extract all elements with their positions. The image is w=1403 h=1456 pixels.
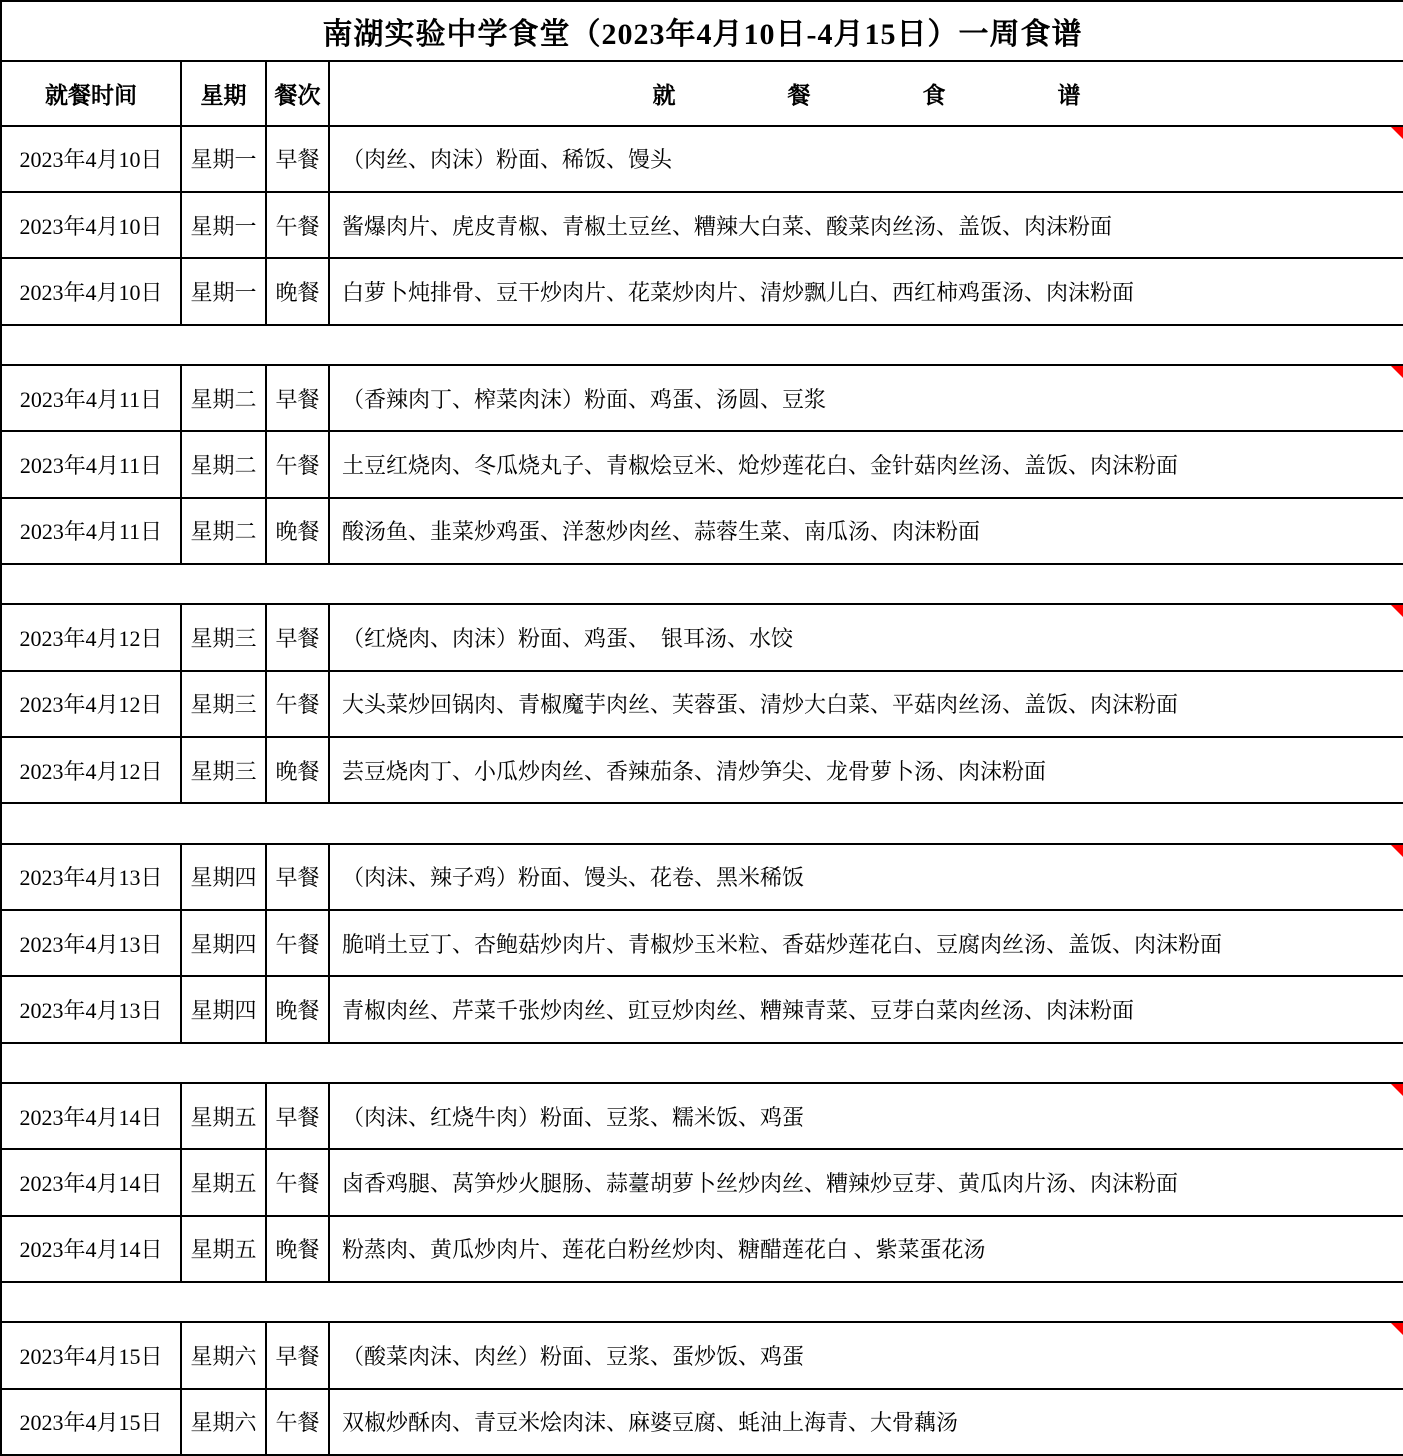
weekday-cell: 星期二	[181, 365, 266, 431]
meal-cell: 午餐	[266, 671, 329, 737]
date-cell: 2023年4月13日	[1, 910, 181, 976]
table-row-wed-dinner: 2023年4月12日 星期三 晚餐 芸豆烧肉丁、小瓜炒肉丝、香辣茄条、清炒笋尖、…	[1, 737, 1403, 803]
spacer-row	[1, 1282, 1403, 1322]
header-menu-char: 食	[923, 77, 946, 110]
meal-cell: 午餐	[266, 431, 329, 497]
spacer-row	[1, 564, 1403, 604]
table-row-fri-breakfast: 2023年4月14日 星期五 早餐 （肉沫、红烧牛肉）粉面、豆浆、糯米饭、鸡蛋	[1, 1083, 1403, 1149]
menu-text: （香辣肉丁、榨菜肉沫）粉面、鸡蛋、汤圆、豆浆	[342, 387, 826, 412]
date-cell: 2023年4月14日	[1, 1216, 181, 1282]
menu-cell: （肉沫、红烧牛肉）粉面、豆浆、糯米饭、鸡蛋	[329, 1083, 1403, 1149]
menu-text: （肉沫、辣子鸡）粉面、馒头、花卷、黑米稀饭	[342, 865, 804, 890]
comment-marker-icon	[1391, 366, 1403, 378]
date-cell: 2023年4月12日	[1, 604, 181, 670]
menu-text: （酸菜肉沫、肉丝）粉面、豆浆、蛋炒饭、鸡蛋	[342, 1344, 804, 1369]
menu-cell: 芸豆烧肉丁、小瓜炒肉丝、香辣茄条、清炒笋尖、龙骨萝卜汤、肉沫粉面	[329, 737, 1403, 803]
table-row-tue-breakfast: 2023年4月11日 星期二 早餐 （香辣肉丁、榨菜肉沫）粉面、鸡蛋、汤圆、豆浆	[1, 365, 1403, 431]
menu-text: 芸豆烧肉丁、小瓜炒肉丝、香辣茄条、清炒笋尖、龙骨萝卜汤、肉沫粉面	[342, 759, 1046, 784]
date-cell: 2023年4月10日	[1, 192, 181, 258]
weekday-cell: 星期五	[181, 1083, 266, 1149]
weekday-cell: 星期六	[181, 1389, 266, 1455]
weekday-cell: 星期二	[181, 431, 266, 497]
date-cell: 2023年4月12日	[1, 737, 181, 803]
header-meal: 餐次	[266, 61, 329, 125]
table-row-wed-lunch: 2023年4月12日 星期三 午餐 大头菜炒回锅肉、青椒魔芋肉丝、芙蓉蛋、清炒大…	[1, 671, 1403, 737]
meal-cell: 晚餐	[266, 498, 329, 564]
comment-marker-icon	[1391, 605, 1403, 617]
header-dining-time: 就餐时间	[1, 61, 181, 125]
weekday-cell: 星期一	[181, 258, 266, 324]
spacer-cell	[1, 325, 1403, 365]
meal-cell: 午餐	[266, 910, 329, 976]
date-cell: 2023年4月15日	[1, 1389, 181, 1455]
menu-text: （肉沫、红烧牛肉）粉面、豆浆、糯米饭、鸡蛋	[342, 1105, 804, 1130]
date-cell: 2023年4月14日	[1, 1083, 181, 1149]
menu-cell: 粉蒸肉、黄瓜炒肉片、莲花白粉丝炒肉、糖醋莲花白 、紫菜蛋花汤	[329, 1216, 1403, 1282]
menu-cell: 土豆红烧肉、冬瓜烧丸子、青椒烩豆米、炝炒莲花白、金针菇肉丝汤、盖饭、肉沫粉面	[329, 431, 1403, 497]
meal-cell: 晚餐	[266, 976, 329, 1042]
menu-text: 白萝卜炖排骨、豆干炒肉片、花菜炒肉片、清炒飘儿白、西红柿鸡蛋汤、肉沫粉面	[342, 280, 1134, 305]
date-cell: 2023年4月11日	[1, 498, 181, 564]
menu-text: 土豆红烧肉、冬瓜烧丸子、青椒烩豆米、炝炒莲花白、金针菇肉丝汤、盖饭、肉沫粉面	[342, 453, 1178, 478]
table-row-thu-breakfast: 2023年4月13日 星期四 早餐 （肉沫、辣子鸡）粉面、馒头、花卷、黑米稀饭	[1, 844, 1403, 910]
menu-cell: （肉丝、肉沫）粉面、稀饭、馒头	[329, 126, 1403, 192]
header-menu-char: 谱	[1058, 77, 1081, 110]
spacer-row	[1, 803, 1403, 843]
table-row-tue-dinner: 2023年4月11日 星期二 晚餐 酸汤鱼、韭菜炒鸡蛋、洋葱炒肉丝、蒜蓉生菜、南…	[1, 498, 1403, 564]
meal-cell: 晚餐	[266, 1216, 329, 1282]
weekday-cell: 星期四	[181, 844, 266, 910]
menu-text: 青椒肉丝、芹菜千张炒肉丝、豇豆炒肉丝、糟辣青菜、豆芽白菜肉丝汤、肉沫粉面	[342, 998, 1134, 1023]
spacer-row	[1, 1043, 1403, 1083]
meal-cell: 早餐	[266, 126, 329, 192]
weekly-menu-table: 南湖实验中学食堂（2023年4月10日-4月15日）一周食谱 就餐时间 星期 餐…	[0, 0, 1403, 1456]
menu-cell: 大头菜炒回锅肉、青椒魔芋肉丝、芙蓉蛋、清炒大白菜、平菇肉丝汤、盖饭、肉沫粉面	[329, 671, 1403, 737]
date-cell: 2023年4月14日	[1, 1149, 181, 1215]
spacer-cell	[1, 564, 1403, 604]
menu-cell: 白萝卜炖排骨、豆干炒肉片、花菜炒肉片、清炒飘儿白、西红柿鸡蛋汤、肉沫粉面	[329, 258, 1403, 324]
header-menu-distributed: 就 餐 食 谱	[330, 77, 1403, 110]
date-cell: 2023年4月13日	[1, 976, 181, 1042]
spacer-cell	[1, 1043, 1403, 1083]
meal-cell: 晚餐	[266, 258, 329, 324]
date-cell: 2023年4月10日	[1, 126, 181, 192]
menu-cell: 酱爆肉片、虎皮青椒、青椒土豆丝、糟辣大白菜、酸菜肉丝汤、盖饭、肉沫粉面	[329, 192, 1403, 258]
weekday-cell: 星期三	[181, 671, 266, 737]
comment-marker-icon	[1391, 1323, 1403, 1335]
header-menu: 就 餐 食 谱	[329, 61, 1403, 125]
date-cell: 2023年4月10日	[1, 258, 181, 324]
weekday-cell: 星期一	[181, 126, 266, 192]
header-menu-char: 就	[653, 77, 676, 110]
menu-text: （红烧肉、肉沫）粉面、鸡蛋、 银耳汤、水饺	[342, 626, 793, 651]
meal-cell: 早餐	[266, 604, 329, 670]
menu-text: 粉蒸肉、黄瓜炒肉片、莲花白粉丝炒肉、糖醋莲花白 、紫菜蛋花汤	[342, 1237, 986, 1262]
weekday-cell: 星期二	[181, 498, 266, 564]
meal-cell: 早餐	[266, 844, 329, 910]
table-row-mon-lunch: 2023年4月10日 星期一 午餐 酱爆肉片、虎皮青椒、青椒土豆丝、糟辣大白菜、…	[1, 192, 1403, 258]
menu-text: 脆哨土豆丁、杏鲍菇炒肉片、青椒炒玉米粒、香菇炒莲花白、豆腐肉丝汤、盖饭、肉沫粉面	[342, 932, 1222, 957]
menu-text: 双椒炒酥肉、青豆米烩肉沫、麻婆豆腐、蚝油上海青、大骨藕汤	[342, 1410, 958, 1435]
menu-text: 酸汤鱼、韭菜炒鸡蛋、洋葱炒肉丝、蒜蓉生菜、南瓜汤、肉沫粉面	[342, 519, 980, 544]
menu-cell: （红烧肉、肉沫）粉面、鸡蛋、 银耳汤、水饺	[329, 604, 1403, 670]
menu-cell: （酸菜肉沫、肉丝）粉面、豆浆、蛋炒饭、鸡蛋	[329, 1322, 1403, 1388]
table-row-fri-lunch: 2023年4月14日 星期五 午餐 卤香鸡腿、莴笋炒火腿肠、蒜薹胡萝卜丝炒肉丝、…	[1, 1149, 1403, 1215]
weekday-cell: 星期一	[181, 192, 266, 258]
spacer-row	[1, 325, 1403, 365]
weekday-cell: 星期四	[181, 976, 266, 1042]
menu-text: 卤香鸡腿、莴笋炒火腿肠、蒜薹胡萝卜丝炒肉丝、糟辣炒豆芽、黄瓜肉片汤、肉沫粉面	[342, 1171, 1178, 1196]
menu-cell: 酸汤鱼、韭菜炒鸡蛋、洋葱炒肉丝、蒜蓉生菜、南瓜汤、肉沫粉面	[329, 498, 1403, 564]
table-row-mon-dinner: 2023年4月10日 星期一 晚餐 白萝卜炖排骨、豆干炒肉片、花菜炒肉片、清炒飘…	[1, 258, 1403, 324]
weekday-cell: 星期三	[181, 737, 266, 803]
meal-cell: 午餐	[266, 1149, 329, 1215]
weekday-cell: 星期六	[181, 1322, 266, 1388]
menu-cell: 脆哨土豆丁、杏鲍菇炒肉片、青椒炒玉米粒、香菇炒莲花白、豆腐肉丝汤、盖饭、肉沫粉面	[329, 910, 1403, 976]
date-cell: 2023年4月11日	[1, 365, 181, 431]
spacer-cell	[1, 1282, 1403, 1322]
meal-cell: 午餐	[266, 1389, 329, 1455]
header-menu-char: 餐	[788, 77, 811, 110]
menu-text: 大头菜炒回锅肉、青椒魔芋肉丝、芙蓉蛋、清炒大白菜、平菇肉丝汤、盖饭、肉沫粉面	[342, 692, 1178, 717]
title-row: 南湖实验中学食堂（2023年4月10日-4月15日）一周食谱	[1, 1, 1403, 61]
meal-cell: 早餐	[266, 365, 329, 431]
table-row-sat-lunch: 2023年4月15日 星期六 午餐 双椒炒酥肉、青豆米烩肉沫、麻婆豆腐、蚝油上海…	[1, 1389, 1403, 1455]
comment-marker-icon	[1391, 127, 1403, 139]
menu-cell: （香辣肉丁、榨菜肉沫）粉面、鸡蛋、汤圆、豆浆	[329, 365, 1403, 431]
page-title: 南湖实验中学食堂（2023年4月10日-4月15日）一周食谱	[1, 1, 1403, 61]
date-cell: 2023年4月11日	[1, 431, 181, 497]
meal-cell: 午餐	[266, 192, 329, 258]
menu-cell: 青椒肉丝、芹菜千张炒肉丝、豇豆炒肉丝、糟辣青菜、豆芽白菜肉丝汤、肉沫粉面	[329, 976, 1403, 1042]
table-row-fri-dinner: 2023年4月14日 星期五 晚餐 粉蒸肉、黄瓜炒肉片、莲花白粉丝炒肉、糖醋莲花…	[1, 1216, 1403, 1282]
meal-cell: 晚餐	[266, 737, 329, 803]
menu-cell: 卤香鸡腿、莴笋炒火腿肠、蒜薹胡萝卜丝炒肉丝、糟辣炒豆芽、黄瓜肉片汤、肉沫粉面	[329, 1149, 1403, 1215]
table-row-sat-breakfast: 2023年4月15日 星期六 早餐 （酸菜肉沫、肉丝）粉面、豆浆、蛋炒饭、鸡蛋	[1, 1322, 1403, 1388]
weekday-cell: 星期四	[181, 910, 266, 976]
meal-cell: 早餐	[266, 1322, 329, 1388]
menu-text: （肉丝、肉沫）粉面、稀饭、馒头	[342, 147, 672, 172]
date-cell: 2023年4月15日	[1, 1322, 181, 1388]
weekday-cell: 星期三	[181, 604, 266, 670]
table-row-wed-breakfast: 2023年4月12日 星期三 早餐 （红烧肉、肉沫）粉面、鸡蛋、 银耳汤、水饺	[1, 604, 1403, 670]
menu-cell: （肉沫、辣子鸡）粉面、馒头、花卷、黑米稀饭	[329, 844, 1403, 910]
comment-marker-icon	[1391, 845, 1403, 857]
spacer-cell	[1, 803, 1403, 843]
comment-marker-icon	[1391, 1084, 1403, 1096]
menu-text: 酱爆肉片、虎皮青椒、青椒土豆丝、糟辣大白菜、酸菜肉丝汤、盖饭、肉沫粉面	[342, 214, 1112, 239]
weekday-cell: 星期五	[181, 1216, 266, 1282]
date-cell: 2023年4月12日	[1, 671, 181, 737]
menu-cell: 双椒炒酥肉、青豆米烩肉沫、麻婆豆腐、蚝油上海青、大骨藕汤	[329, 1389, 1403, 1455]
header-row: 就餐时间 星期 餐次 就 餐 食 谱	[1, 61, 1403, 125]
table-row-tue-lunch: 2023年4月11日 星期二 午餐 土豆红烧肉、冬瓜烧丸子、青椒烩豆米、炝炒莲花…	[1, 431, 1403, 497]
date-cell: 2023年4月13日	[1, 844, 181, 910]
meal-cell: 早餐	[266, 1083, 329, 1149]
table-row-thu-lunch: 2023年4月13日 星期四 午餐 脆哨土豆丁、杏鲍菇炒肉片、青椒炒玉米粒、香菇…	[1, 910, 1403, 976]
table-row-mon-breakfast: 2023年4月10日 星期一 早餐 （肉丝、肉沫）粉面、稀饭、馒头	[1, 126, 1403, 192]
weekday-cell: 星期五	[181, 1149, 266, 1215]
table-row-thu-dinner: 2023年4月13日 星期四 晚餐 青椒肉丝、芹菜千张炒肉丝、豇豆炒肉丝、糟辣青…	[1, 976, 1403, 1042]
header-weekday: 星期	[181, 61, 266, 125]
